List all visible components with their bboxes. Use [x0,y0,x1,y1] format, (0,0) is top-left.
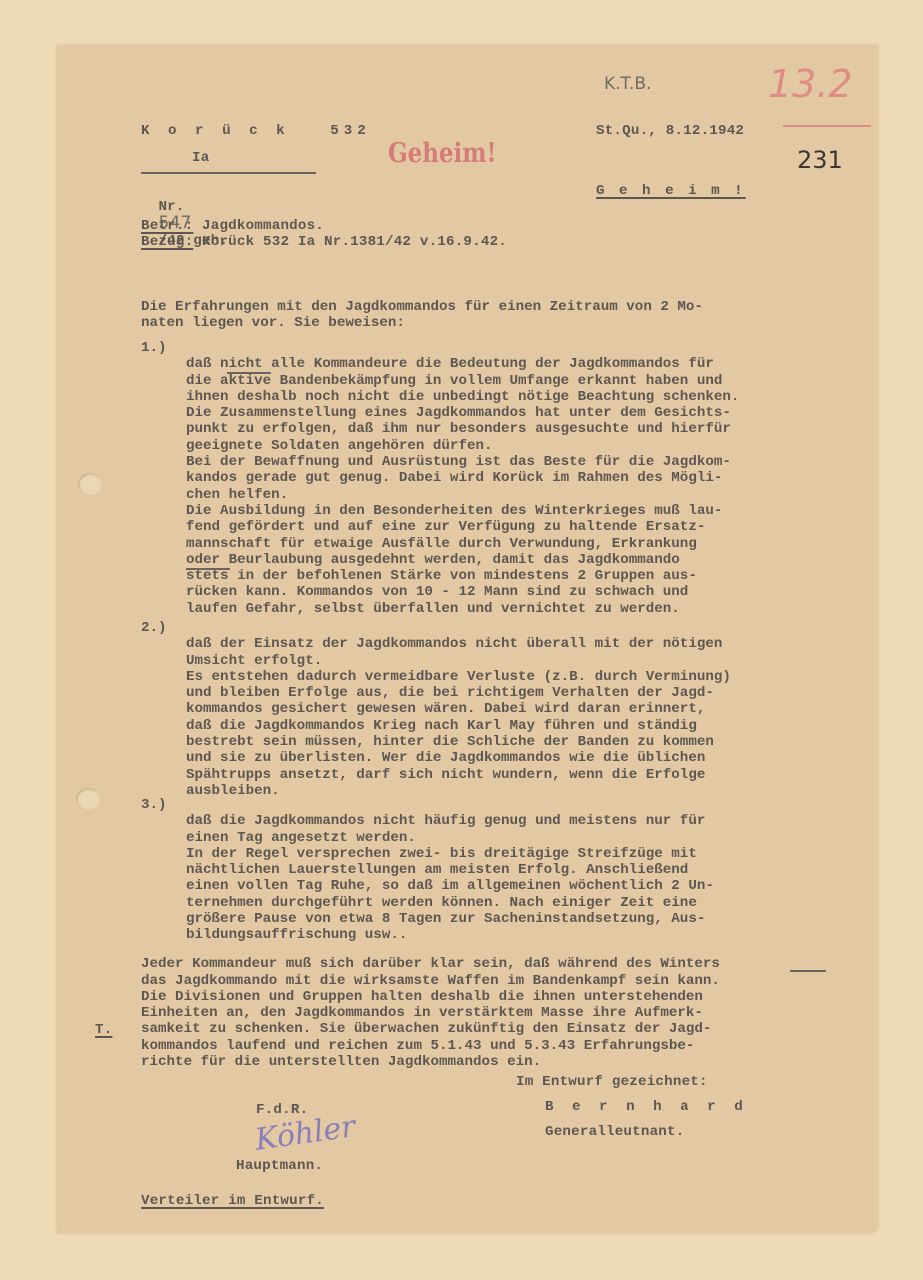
underline-stets [186,568,230,570]
draft-signed-label: Im Entwurf gezeichnet: [516,1074,708,1090]
folio-number-red: 13.2 [768,62,853,106]
fdr-rank: Hauptmann. [236,1158,323,1174]
point-2-number: 2.) [141,620,167,636]
folio-underline [783,125,871,127]
section: Ia [192,150,209,166]
subject-line: Betr.: Jagdkommandos. [141,218,324,234]
point-3-number: 3.) [141,797,167,813]
place-date: St.Qu., 8.12.1942 [596,123,744,139]
point-1-number: 1.) [141,340,167,356]
signer-rank: Generalleutnant. [545,1124,684,1140]
underline-aktive [227,372,271,374]
closing-paragraph: Jeder Kommandeur muß sich darüber klar s… [141,940,720,1087]
header-divider [141,172,316,174]
punch-hole-bottom [76,788,100,810]
underline-kann [790,970,826,972]
signer-name: B e r n h a r d [545,1099,748,1115]
margin-mark: T. [95,1022,112,1038]
point-3-text: daß die Jagdkommandos nicht häufig genug… [186,797,714,960]
secret-stamp: Geheim! [388,138,497,169]
classification: G e h e i m ! [596,183,746,199]
punch-hole-top [78,473,102,495]
distribution-note: Verteiler im Entwurf. [141,1193,324,1209]
reference-line: Bezug: Korück 532 Ia Nr.1381/42 v.16.9.4… [141,234,507,250]
intro-paragraph: Die Erfahrungen mit den Jagdkommandos fü… [141,299,703,332]
ktb-annotation: K.T.B. [604,74,651,94]
page-number: 231 [797,146,843,174]
point-2-text: daß der Einsatz der Jagdkommandos nicht … [186,620,731,816]
unit-name: K o r ü c k 532 [141,123,371,139]
point-1-text: daß nicht alle Kommandeure die Bedeutung… [186,340,739,633]
